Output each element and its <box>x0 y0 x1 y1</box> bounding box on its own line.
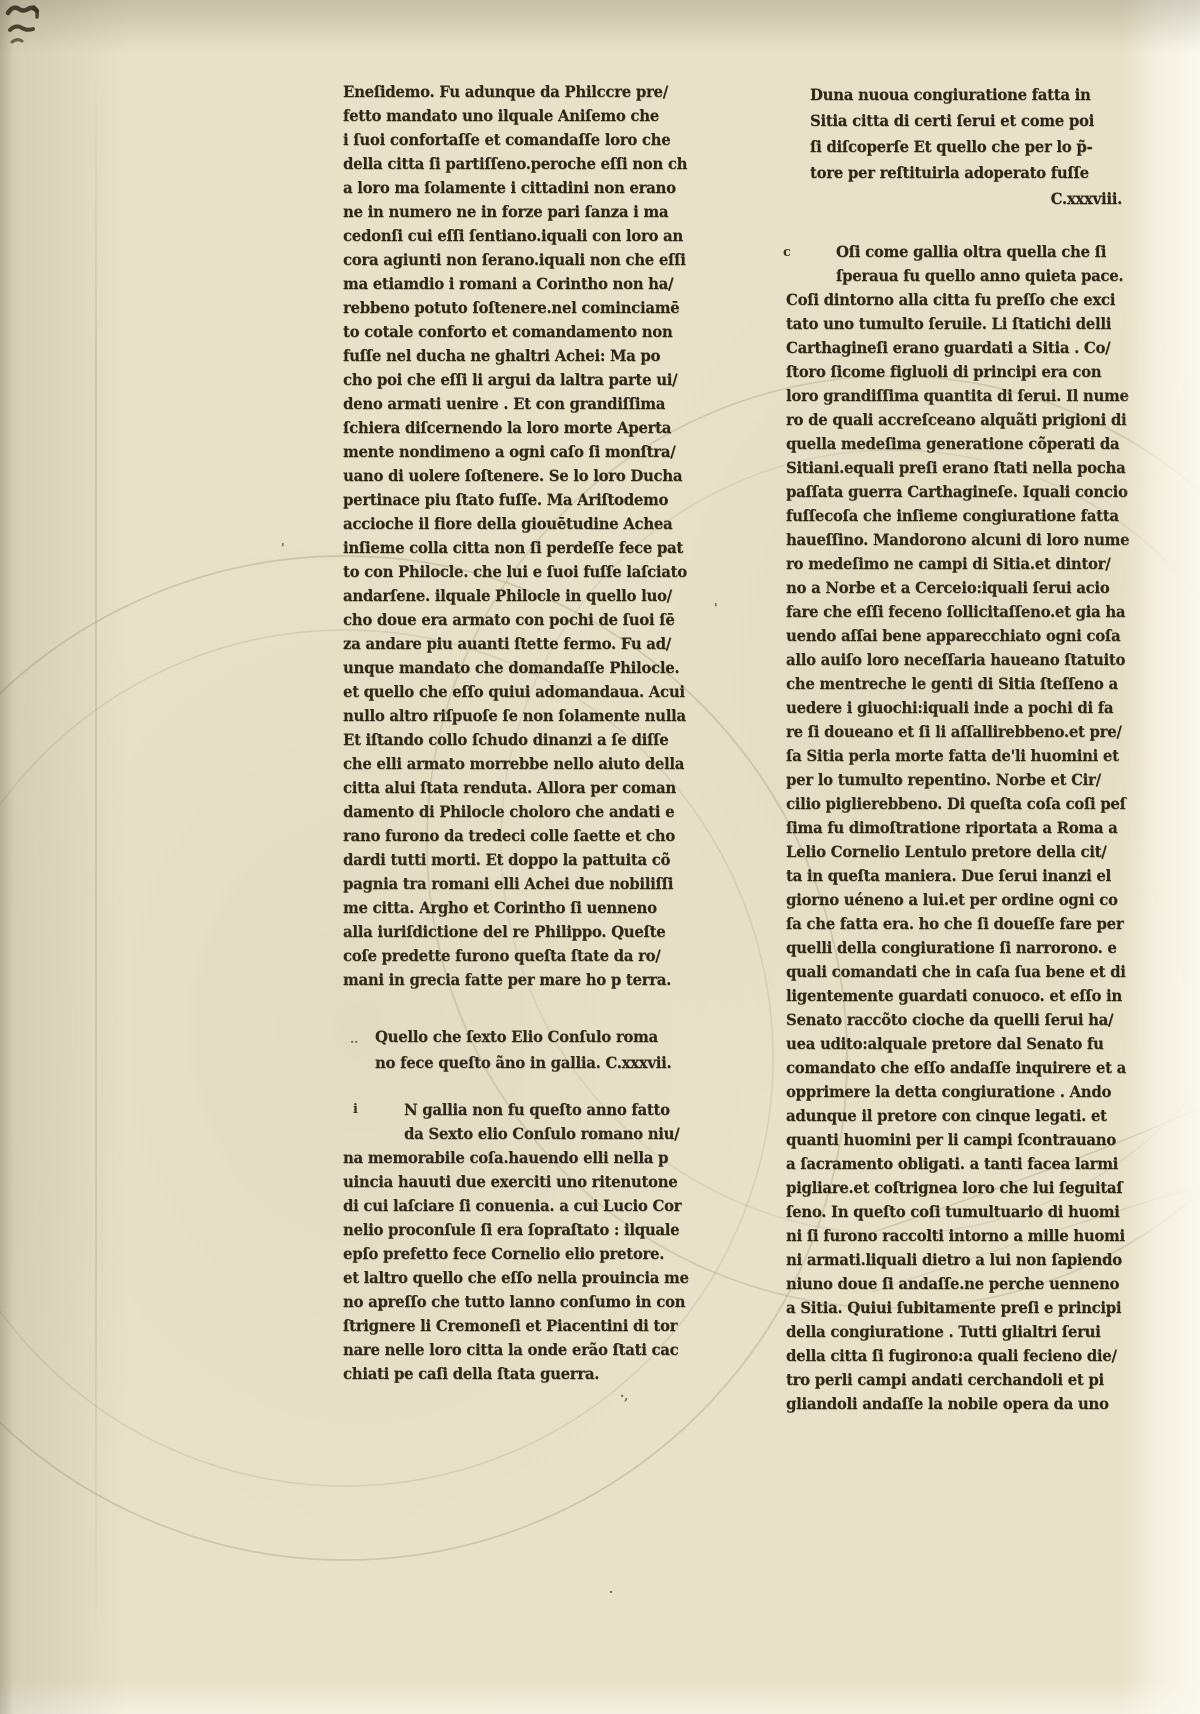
text-line: no fece queſto ãno in gallia. C.xxxvii. <box>375 1050 654 1076</box>
text-line: me citta. Argho et Corintho ſi uenneno <box>343 896 645 920</box>
text-line: tro perli campi andati cerchandoli et pi <box>786 1368 1102 1392</box>
text-line: Coſi dintorno alla citta fu preſſo che e… <box>786 288 1102 312</box>
text-line: ſeno. In queſto coſi tumultuario di huom… <box>786 1200 1102 1224</box>
text-line: cho doue era armato con pochi de ſuoi ſē <box>343 608 645 632</box>
text-line: rano furono da tredeci colle ſaette et c… <box>343 824 645 848</box>
text-line: Eneſidemo. Fu adunque da Philccre pre/ <box>343 80 645 104</box>
text-line: per lo tumulto repentino. Norbe et Cir/ <box>786 768 1102 792</box>
text-line: uincia hauuti due exerciti uno ritenuton… <box>343 1170 645 1194</box>
text-line: uendo aſſai bene apparecchiato ogni coſa <box>786 624 1102 648</box>
text-line: citta alui ſtata renduta. Allora per com… <box>343 776 645 800</box>
text-line: ſima fu dimoſtratione riportata a Roma a <box>786 816 1102 840</box>
text-line: inſieme colla citta non ſi perdeſſe fece… <box>343 536 645 560</box>
text-line: no a Norbe et a Cerceio:iquali ſerui aci… <box>786 576 1102 600</box>
text-line: uano di uolere ſoſtenere. Se lo loro Duc… <box>343 464 645 488</box>
text-line: ſa che fatta era. ho che ſi doueſſe fare… <box>786 912 1102 936</box>
text-line: a loro ma ſolamente i cittadini non eran… <box>343 176 645 200</box>
text-line: quelli della congiuratione ſi narrorono.… <box>786 936 1102 960</box>
text-line: ſperaua fu quello anno quieta pace. <box>836 264 1106 288</box>
text-line: paſſata guerra Carthagineſe. Iquali conc… <box>786 480 1102 504</box>
text-line: deno armati uenire . Et con grandiſſima <box>343 392 645 416</box>
text-line: pagnia tra romani elli Achei due nobiliſ… <box>343 872 645 896</box>
foot-mark: · <box>609 1586 613 1598</box>
text-line: di cui laſciare ſi conuenia. a cui Lucio… <box>343 1194 645 1218</box>
left-column-paragraph-1: Eneſidemo. Fu adunque da Philccre pre/fe… <box>343 80 668 992</box>
text-line: nullo altro riſpuoſe ſe non ſolamente nu… <box>343 704 645 728</box>
text-line: loro grandiſſima quantita di ſerui. Il n… <box>786 384 1102 408</box>
text-line: andarſene. ilquale Philocle in quello lu… <box>343 584 645 608</box>
text-line: chiati pe caſi della ſtata guerra. <box>343 1362 645 1386</box>
text-line: quali comandati che in caſa ſua bene et … <box>786 960 1102 984</box>
text-line: cilio piglierebbeno. Di queſta coſa coſi… <box>786 792 1102 816</box>
text-line: Duna nuoua congiuratione fatta in <box>810 82 1100 108</box>
guide-letter-i: i <box>353 1103 358 1117</box>
text-line: a ſacramento obligati. a tanti facea lar… <box>786 1152 1102 1176</box>
text-line: et laltro quello che eſſo nella prouinci… <box>343 1266 645 1290</box>
text-line: comandato che eſſo andaſſe inquirere et … <box>786 1056 1102 1080</box>
text-line: et quello che eſſo quiui adomandaua. Acu… <box>343 680 645 704</box>
text-line: ſchiera diſcernendo la loro morte Aperta <box>343 416 645 440</box>
right-column-chapter-heading: Duna nuoua congiuratione fatta inSitia c… <box>810 82 1122 186</box>
text-line: i ſuoi confortaſſe et comandaſſe loro ch… <box>343 128 645 152</box>
text-line: unque mandato che domandaſſe Philocle. <box>343 656 645 680</box>
text-line: fuſſe nel ducha ne ghaltri Achei: Ma po <box>343 344 645 368</box>
right-column-paragraph-indent: Oſi come gallia oltra quella che ſiſpera… <box>836 240 1126 288</box>
text-line: re ſi doueano et ſi li aſſallirebbeno.et… <box>786 720 1102 744</box>
text-line: ligentemente guardati conuoco. et eſſo i… <box>786 984 1102 1008</box>
text-line: Et iſtando collo ſchudo dinanzi a ſe diſ… <box>343 728 645 752</box>
right-column-paragraph: Coſi dintorno alla citta fu preſſo che e… <box>786 288 1126 1416</box>
text-line: N gallia non fu queſto anno fatto <box>404 1098 650 1122</box>
text-line: to cotale conforto et comandamento non <box>343 320 645 344</box>
text-line: che elli armato morrebbe nello aiuto del… <box>343 752 645 776</box>
text-line: ta in queſta maniera. Due ſerui inanzi e… <box>786 864 1102 888</box>
left-column-paragraph-2-indent: N gallia non fu queſto anno fattoda Sext… <box>404 1098 668 1146</box>
text-line: fare che eſſi feceno ſollicitaſſeno.et g… <box>786 600 1102 624</box>
left-column-paragraph-2: na memorabile coſa.hauendo elli nella pu… <box>343 1146 668 1386</box>
text-line: accioche il fiore della giouētudine Ache… <box>343 512 645 536</box>
text-line: to con Philocle. che lui e ſuoi fuſſe la… <box>343 560 645 584</box>
text-line: tato uno tumulto ſeruile. Li ſtatichi de… <box>786 312 1102 336</box>
text-line: della citta ſi fugirono:a quali fecieno … <box>786 1344 1102 1368</box>
text-line: mente nondimeno a ogni caſo ſi monſtra/ <box>343 440 645 464</box>
text-line: giorno uéneno a lui.et per ordine ogni c… <box>786 888 1102 912</box>
text-line: na memorabile coſa.hauendo elli nella p <box>343 1146 645 1170</box>
text-line: ni ſi furono raccolti intorno a mille hu… <box>786 1224 1102 1248</box>
text-line: ro medeſimo ne campi di Sitia.et dintor/ <box>786 552 1102 576</box>
left-margin-mark: ' <box>281 542 285 554</box>
text-line: nelio proconſule ſi era ſopraſtato : ilq… <box>343 1218 645 1242</box>
text-line: cedonſi cui eſſi ſentiano.iquali con lor… <box>343 224 645 248</box>
text-line: no apreſſo che tutto lanno conſumo in co… <box>343 1290 645 1314</box>
page-crease <box>95 60 97 1660</box>
text-line: della citta ſi partiſſeno.peroche eſſi n… <box>343 152 645 176</box>
text-line: niuno doue ſi andaſſe.ne perche uenneno <box>786 1272 1102 1296</box>
text-line: allo auiſo loro neceſſaria haueano ſtatu… <box>786 648 1102 672</box>
text-line: che mentreche le genti di Sitia ſteſſeno… <box>786 672 1102 696</box>
text-line: ma etiamdio i romani a Corintho non ha/ <box>343 272 645 296</box>
text-line: rebbeno potuto ſoſtenere.nel cominciamē <box>343 296 645 320</box>
text-line: pertinace piu ſtato fuſſe. Ma Ariſtodemo <box>343 488 645 512</box>
text-line: coſe predette furono queſta ſtate da ro/ <box>343 944 645 968</box>
text-line: adunque il pretore con cinque legati. et <box>786 1104 1102 1128</box>
text-line: fuſſecoſa che inſieme congiuratione fatt… <box>786 504 1102 528</box>
text-line: ne in numero ne in forze pari ſanza i ma <box>343 200 645 224</box>
text-line: uedere i giuochi:iquali inde a pochi di … <box>786 696 1102 720</box>
text-line: epſo prefetto fece Cornelio elio pretore… <box>343 1242 645 1266</box>
text-line: quella medeſima generatione cõperati da <box>786 432 1102 456</box>
heading-paragraph-mark: ·· <box>350 1036 358 1048</box>
text-line: Sitia citta di certi ſerui et come poi <box>810 108 1100 134</box>
text-line: Sitiani.equali preſi erano ſtati nella p… <box>786 456 1102 480</box>
text-line: damento di Philocle choloro che andati e <box>343 800 645 824</box>
text-line: Quello che ſexto Elio Conſulo roma <box>375 1024 654 1050</box>
book-page: Eneſidemo. Fu adunque da Philccre pre/fe… <box>0 0 1200 1714</box>
text-line: opprimere la detta congiuratione . Ando <box>786 1080 1102 1104</box>
left-column-chapter-heading: Quello che ſexto Elio Conſulo romano fec… <box>375 1024 675 1076</box>
gutter-mark: ' <box>714 602 718 614</box>
text-line: alla iuriſdictione del re Philippo. Queſ… <box>343 920 645 944</box>
text-line: za andare piu auanti ſtette fermo. Fu ad… <box>343 632 645 656</box>
text-line: ni armati.liquali dietro a lui non ſapie… <box>786 1248 1102 1272</box>
text-line: mani in grecia fatte per mare ho p terra… <box>343 968 645 992</box>
text-line: cora agiunti non ſerano.iquali non che e… <box>343 248 645 272</box>
text-line: haueſſino. Mandorono alcuni di loro nume <box>786 528 1102 552</box>
text-line: da Sexto elio Conſulo romano niu/ <box>404 1122 650 1146</box>
text-line: Carthagineſi erano guardati a Sitia . Co… <box>786 336 1102 360</box>
text-line: uea udito:alquale pretore dal Senato fu <box>786 1032 1102 1056</box>
text-line: Lelio Cornelio Lentulo pretore della cit… <box>786 840 1102 864</box>
text-line: ſa Sitia perla morte fatta de'li huomini… <box>786 744 1102 768</box>
text-line: a Sitia. Quiui ſubitamente preſi e princ… <box>786 1296 1102 1320</box>
text-line: tore per reſtituirla adoperato fuſſe <box>810 160 1100 186</box>
text-line: quanti huomini per li campi ſcontrauano <box>786 1128 1102 1152</box>
text-line: pigliare.et coſtrignea loro che lui ſegu… <box>786 1176 1102 1200</box>
chapter-number: C.xxxviii. <box>832 186 1122 212</box>
text-line: ro de quali accreſceano alquãti prigioni… <box>786 408 1102 432</box>
text-line: ſtrignere li Cremoneſi et Piacentini di … <box>343 1314 645 1338</box>
text-line: ſtoro ſicome figluoli di principi era co… <box>786 360 1102 384</box>
text-line: cho poi che eſſi li argui da laltra part… <box>343 368 645 392</box>
guide-letter-c: c <box>783 246 791 260</box>
end-of-text-mark: ·, <box>620 1390 628 1402</box>
text-line: nare nelle loro citta la onde erão ſtati… <box>343 1338 645 1362</box>
text-line: della congiuratione . Tutti glialtri ſer… <box>786 1320 1102 1344</box>
text-line: ſi diſcoperſe Et quello che per lo p̃- <box>810 134 1100 160</box>
text-line: fetto mandato uno ilquale Aniſemo che <box>343 104 645 128</box>
text-line: Senato raccõto cioche da quelli ſerui ha… <box>786 1008 1102 1032</box>
corner-ink-marks <box>4 2 58 50</box>
text-line: Oſi come gallia oltra quella che ſi <box>836 240 1106 264</box>
text-line: dardi tutti morti. Et doppo la pattuita … <box>343 848 645 872</box>
text-line: gliandoli andaſſe la nobile opera da uno <box>786 1392 1102 1416</box>
